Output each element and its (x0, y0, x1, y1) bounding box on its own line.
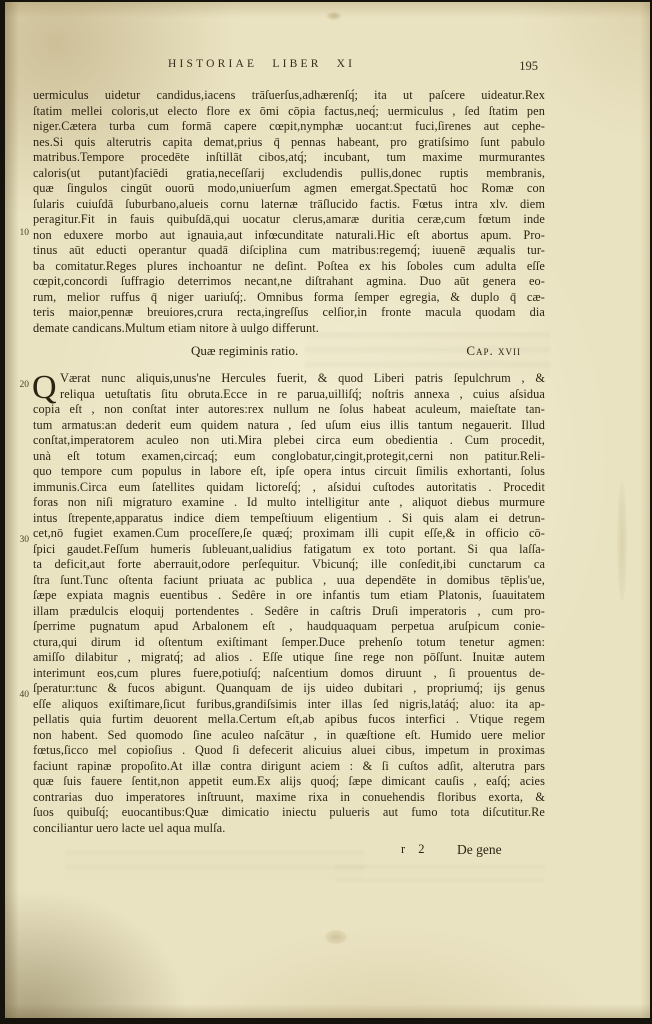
running-header: HISTORIAE LIBER XI 195 (5, 58, 650, 76)
margin-line-number-30: 30 (9, 535, 29, 545)
verso-showthrough (65, 850, 365, 880)
verso-showthrough (335, 864, 545, 882)
text-line: rum, melior ruffus q̄ niger uariuſq́;. O… (33, 290, 545, 306)
text-line: uermiculus uidetur candidus,iacens trāſu… (33, 88, 545, 104)
text-line: non habent. Sed quomodo ſine aculeo naſc… (33, 728, 545, 744)
text-line: tinus aūt educti operantur quadā diſcipl… (33, 243, 545, 259)
text-line: conciliantur uero lacte uel aqua mulſa. (33, 821, 545, 837)
scanned-book-photo: { "book_page": { "running_header": { "ti… (0, 0, 652, 1024)
text-line: interimunt eos,cum plures fuere,potiuſq́… (33, 666, 545, 682)
text-line: ſperrime pugnatum apud Arbalonem eſt , h… (33, 619, 545, 635)
text-line: intus ſtrepente,apparatus indice diem te… (33, 511, 545, 527)
margin-line-number-20: 20 (9, 380, 29, 390)
text-line: ctura,qui dirum id oſtentum exiſtimant ſ… (33, 635, 545, 651)
text-line: ſuos quibuſq́; euocantibus:Quæ dimicatio… (33, 805, 545, 821)
text-line: fœtus,ſicco mel copioſius . Quod ſi defe… (33, 743, 545, 759)
text-line: quæ ſuis fauere ſentit,non appetit eum.E… (33, 774, 545, 790)
text-line: immunis.Circa eum ſatellites quidam lict… (33, 480, 545, 496)
text-line: ſpici gaudet.Feſſum humeris ſubleuant,ua… (33, 542, 545, 558)
text-line: illam prædulcis eloquij portendentes . S… (33, 604, 545, 620)
text-line: quo tempore cum populus in labore eſt, i… (33, 464, 545, 480)
text-block: uermiculus uidetur candidus,iacens trāſu… (33, 88, 545, 836)
text-line: ſularis cuiuſdā ſuburbano,alueis cornu l… (33, 197, 545, 213)
text-line: ba comitatur.Reges plures inchoantur ne … (33, 259, 545, 275)
text-line: ſtra ſunt.Tunc oſtenta faciunt priuata a… (33, 573, 545, 589)
verso-showthrough (305, 332, 550, 376)
text-line: quæ ſingulos cingūt ouorū modo,uniuerſum… (33, 181, 545, 197)
text-line: copia eſt , non conſtat inter autores:re… (33, 402, 545, 418)
text-line: cet,nō fugiet examen.Cum proceſſere,ſe q… (33, 526, 545, 542)
text-line: foras non niſi migraturo examine . Id mu… (33, 495, 545, 511)
text-line: faciunt rapinæ propoſito.At illæ contra … (33, 759, 545, 775)
text-line: nes.Si quis alterutris capita demat,priu… (33, 135, 545, 151)
text-line: eſſe aliquos exiſtimare,ſicut furibus,gr… (33, 697, 545, 713)
text-line: conſtat,imperatorem aculeo non uti.Mira … (33, 433, 545, 449)
paper-stain (325, 930, 347, 944)
text-line: ſperatur:tunc & fucos abigunt. Quanquam … (33, 681, 545, 697)
text-line: ſæpe expiata magnis euentibus . Sedêre i… (33, 588, 545, 604)
text-line: unà eſt totum examen,circaq́; eum conglo… (33, 449, 545, 465)
text-line: pellatis quia furtim deuorent mella.Cert… (33, 712, 545, 728)
running-header-title: HISTORIAE LIBER XI (168, 58, 355, 70)
text-line: non eduxere morbo aut ignauia,aut infœcu… (33, 228, 545, 244)
text-line: cœpit,concordi ſuffragio deterrimos neca… (33, 274, 545, 290)
margin-line-number-40: 40 (9, 690, 29, 700)
text-line: matribus.Tempore procedēte inſtillāt cib… (33, 150, 545, 166)
text-line: ta deficit,aut forte aberrauit,odore per… (33, 557, 545, 573)
text-line: caloris(ut putant)faciēdi gratia,neceſſa… (33, 166, 545, 182)
book-page: HISTORIAE LIBER XI 195 10 20 30 40 uermi… (5, 2, 650, 1018)
text-line: tum armatus:an dederit eum quidem natura… (33, 418, 545, 434)
text-line: ſtatim mellei coloris,ut electo flore ex… (33, 104, 545, 120)
page-number: 195 (519, 59, 538, 74)
text-line: niger.Cætera turba cum formā capere cœpi… (33, 119, 545, 135)
chapter-title: Quæ regiminis ratio. (191, 343, 298, 359)
margin-line-number-10: 10 (9, 228, 29, 238)
paragraph-1: uermiculus uidetur candidus,iacens trāſu… (33, 88, 545, 336)
text-line: peragitur.Fit in fauis quibuſdā,qui uoca… (33, 212, 545, 228)
catchword: De gene (457, 842, 502, 858)
paper-stain (617, 482, 627, 602)
text-line: amiſſo dilabitur , migratq́; ad alios . … (33, 650, 545, 666)
signature-mark: r 2 (401, 842, 425, 857)
text-line: reliqua uetuſtatis ſitu obruta.Ecce in r… (33, 387, 545, 403)
paper-stain (327, 12, 341, 20)
text-line: contrarias duo imperatores inſtruunt, ma… (33, 790, 545, 806)
paragraph-2: Q Værat nunc aliquis,unus'ne Hercules fu… (33, 371, 545, 836)
text-line: teris maior,pennæ breuiores,crura recta,… (33, 305, 545, 321)
